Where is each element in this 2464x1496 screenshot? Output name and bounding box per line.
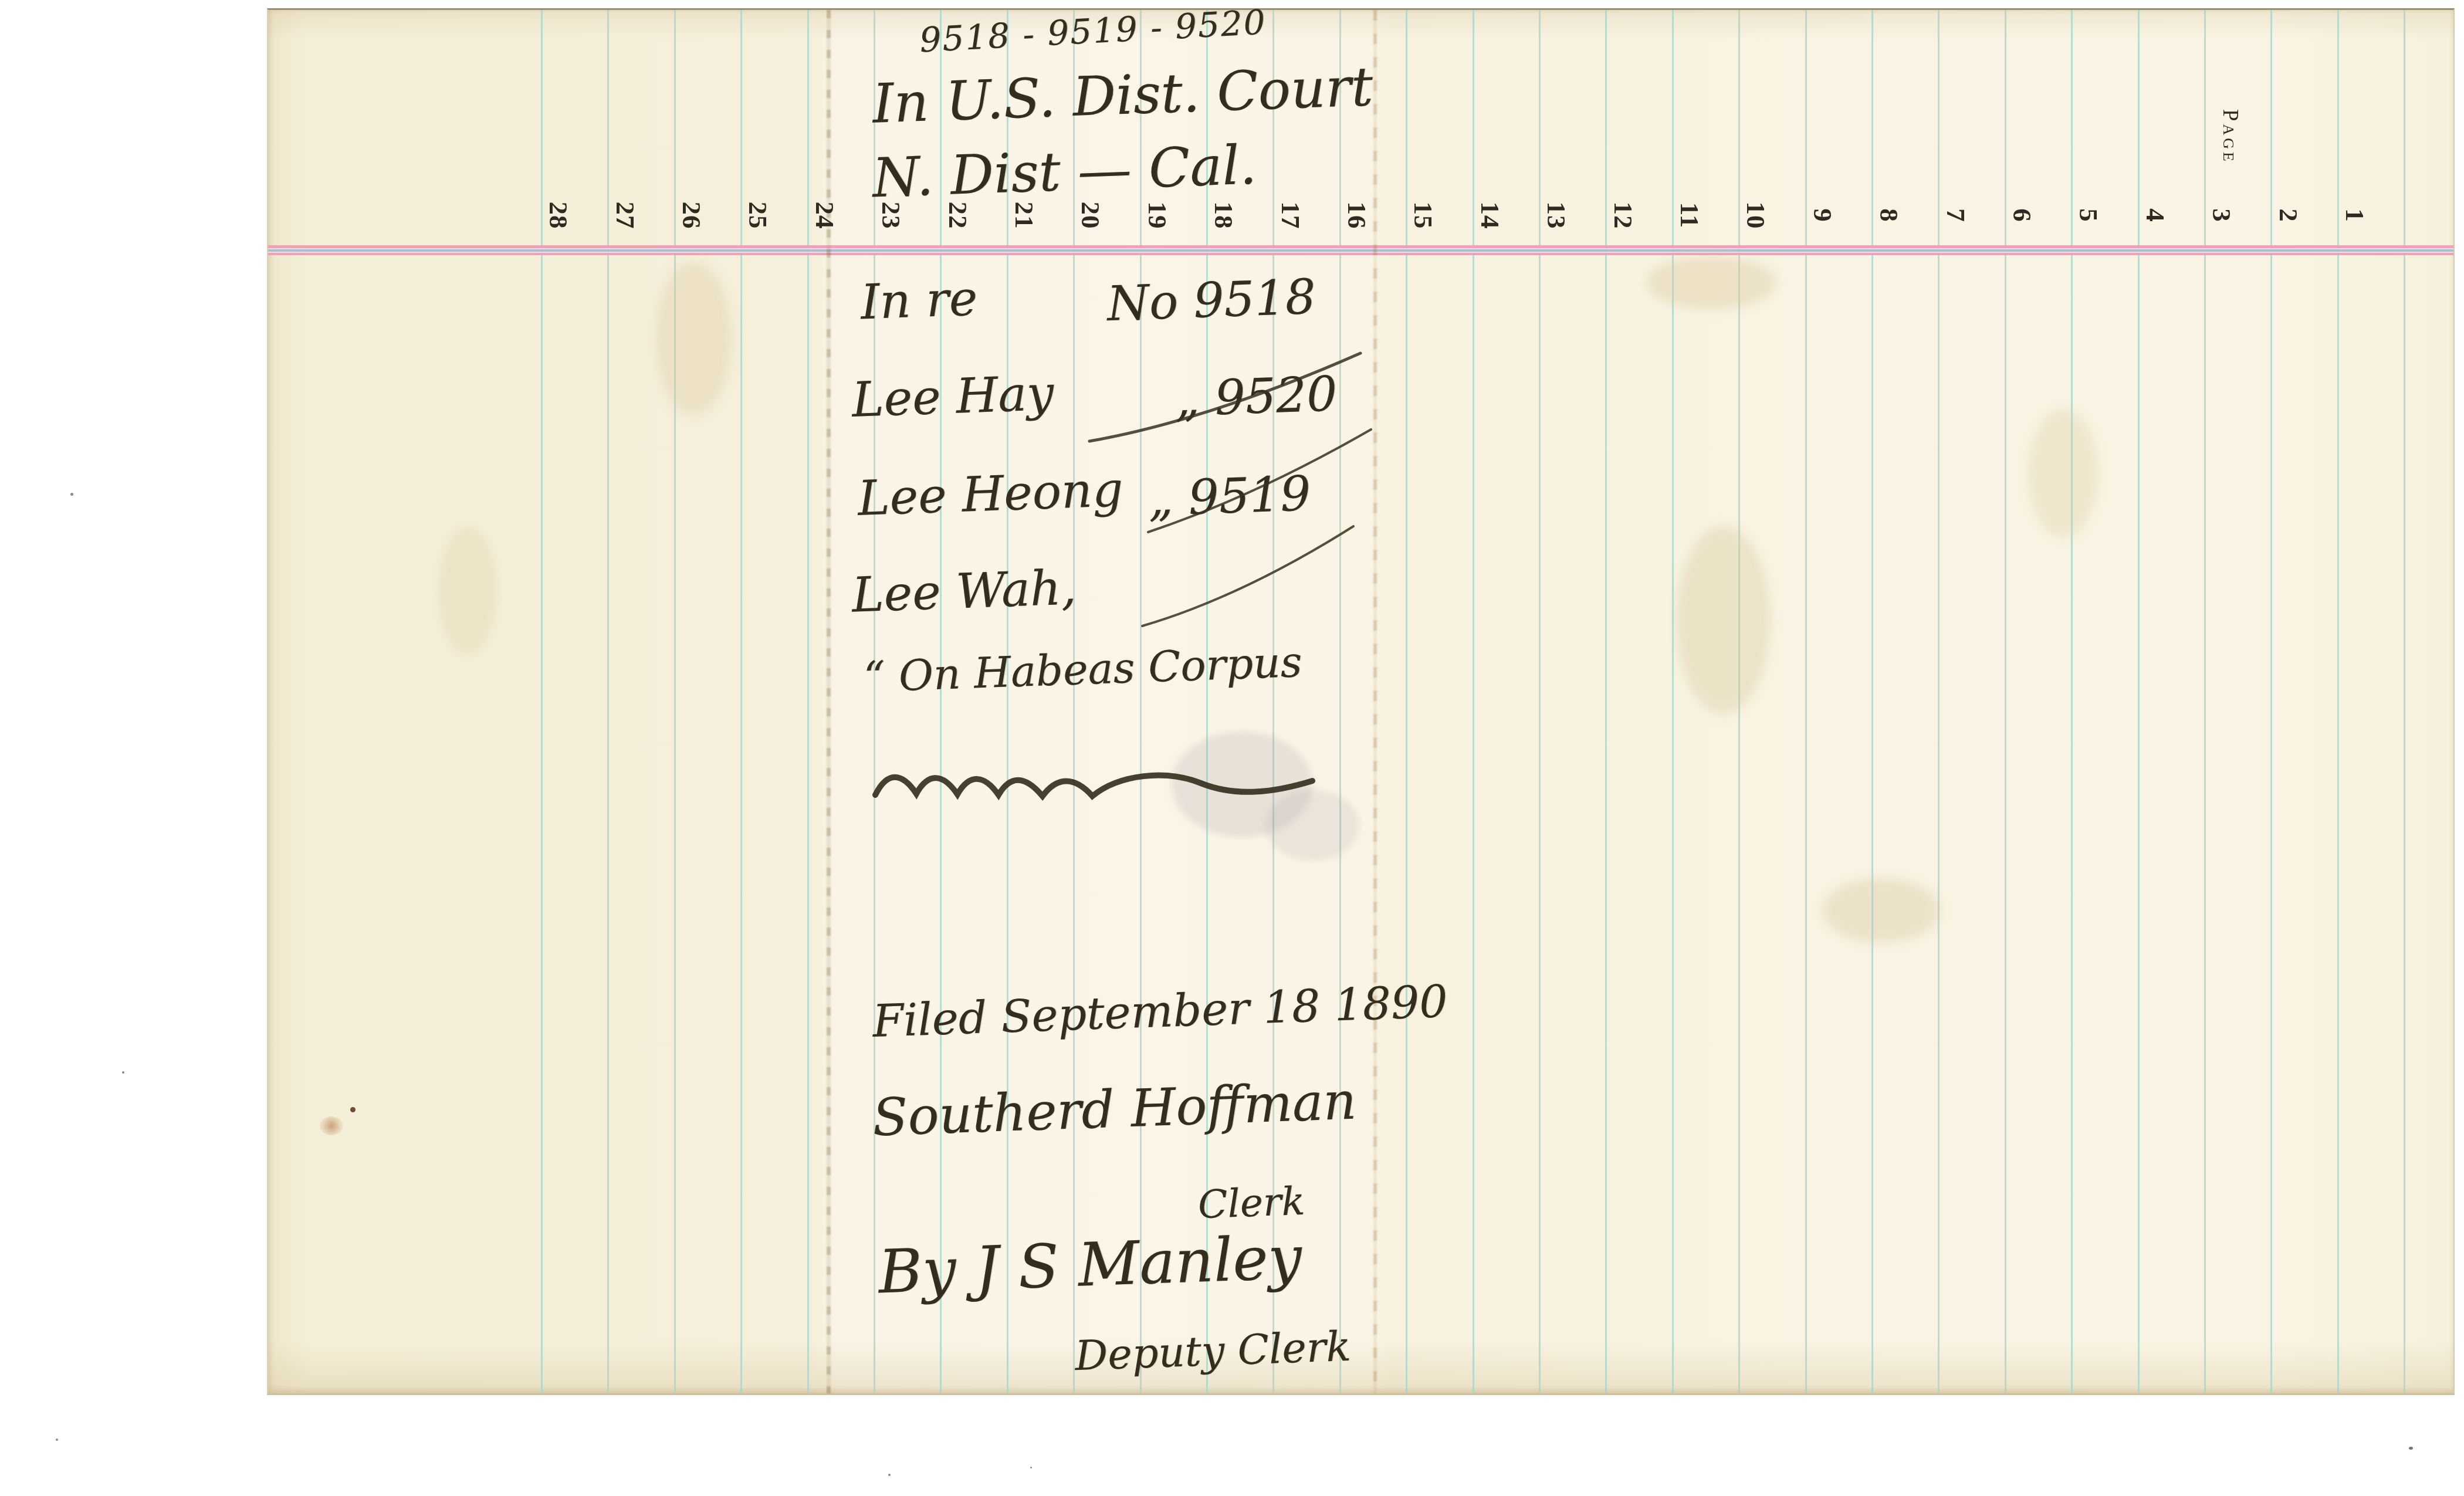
dust-speck bbox=[1030, 1467, 1032, 1468]
dust-speck bbox=[70, 493, 73, 496]
dust-speck bbox=[888, 1474, 891, 1476]
dust-speck bbox=[122, 1071, 124, 1074]
dust-speck bbox=[56, 1439, 58, 1441]
wavy-underline-flourish bbox=[875, 776, 1312, 796]
ink-flourishes bbox=[268, 10, 2453, 1393]
scanned-document: Page 12345678910111213141516171819202122… bbox=[0, 0, 2464, 1496]
dust-speck bbox=[2409, 1447, 2413, 1450]
ledger-paper-sheet: Page 12345678910111213141516171819202122… bbox=[267, 8, 2455, 1395]
